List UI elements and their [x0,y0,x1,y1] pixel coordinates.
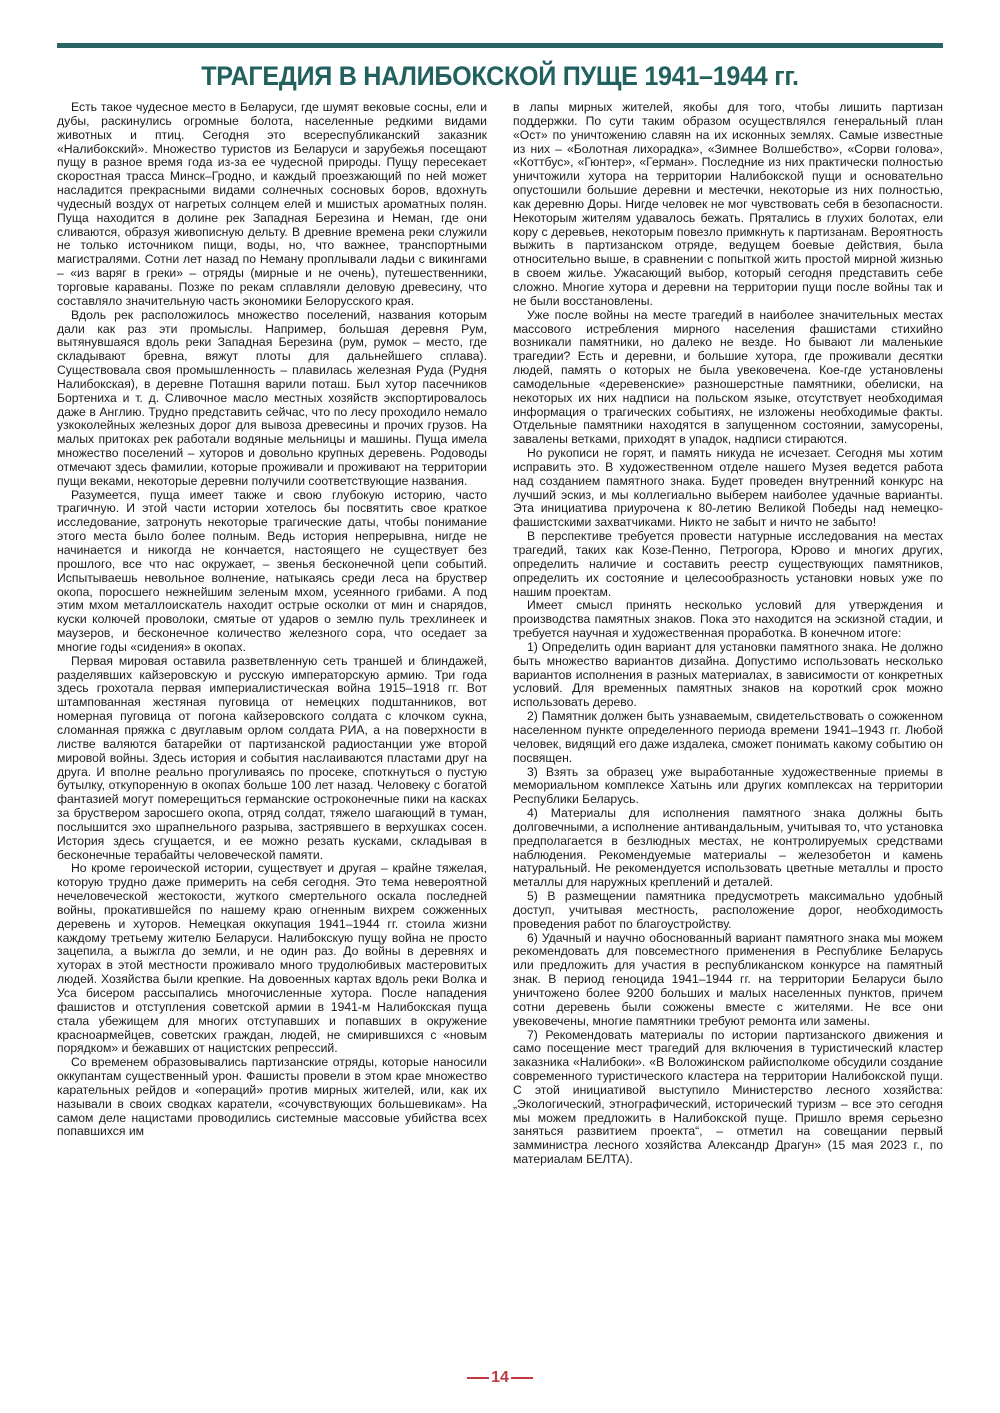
right-column: в лапы мирных жителей, якобы для того, ч… [513,101,943,1167]
paragraph: Но рукописи не горят, и память никуда не… [513,447,943,530]
dash-decoration [467,1377,489,1379]
paragraph: Вдоль рек расположилось множество поселе… [57,309,487,489]
list-item: 5) В размещении памятника предусмотреть … [513,890,943,932]
list-item: 4) Материалы для исполнения памятного зн… [513,807,943,890]
paragraph-continuation: в лапы мирных жителей, якобы для того, ч… [513,101,943,309]
dash-decoration [511,1377,533,1379]
paragraph: В перспективе требуется провести натурны… [513,530,943,599]
paragraph: Есть такое чудесное место в Беларуси, гд… [57,101,487,309]
paragraph: Но кроме героической истории, существует… [57,862,487,1056]
page-number-value: 14 [491,1369,509,1386]
paragraph: Разумеется, пуща имеет также и свою глуб… [57,489,487,655]
page-number: 14 [0,1368,1000,1388]
list-item: 6) Удачный и научно обоснованный вариант… [513,932,943,1029]
paragraph: Первая мировая оставила разветвленную се… [57,655,487,863]
left-column: Есть такое чудесное место в Беларуси, гд… [57,101,487,1139]
paragraph: Уже после войны на месте трагедий в наиб… [513,309,943,447]
list-item: 7) Рекомендовать материалы по истории па… [513,1029,943,1167]
list-item: 2) Памятник должен быть узнаваемым, свид… [513,710,943,765]
page-title: ТРАГЕДИЯ В НАЛИБОКСКОЙ ПУЩЕ 1941–1944 гг… [88,60,912,92]
list-item: 1) Определить один вариант для установки… [513,641,943,710]
header-rule [57,43,943,48]
list-item: 3) Взять за образец уже выработанные худ… [513,766,943,808]
paragraph: Имеет смысл принять несколько условий дл… [513,599,943,641]
paragraph: Со временем образовывались партизанские … [57,1056,487,1139]
